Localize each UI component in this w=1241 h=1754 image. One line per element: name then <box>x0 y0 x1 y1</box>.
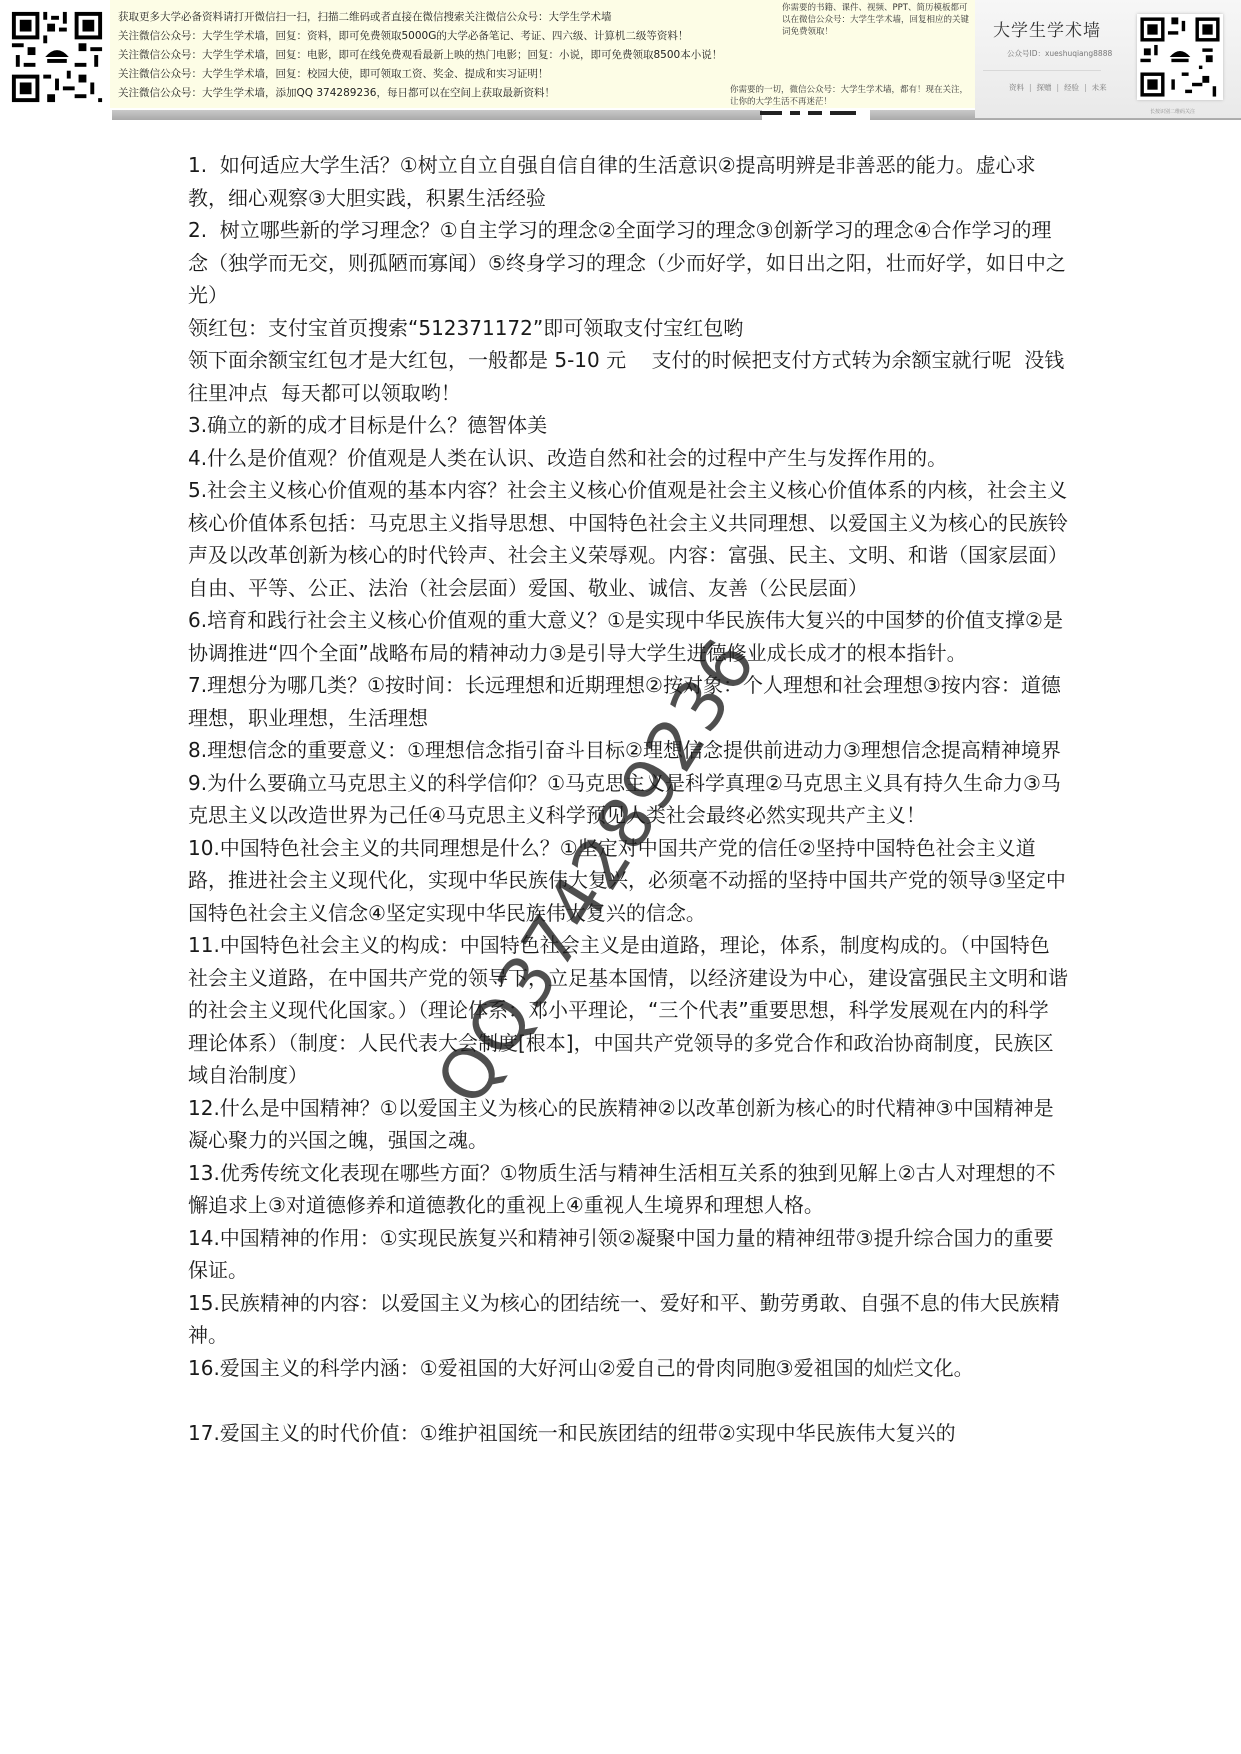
qr-code-icon[interactable] <box>8 8 106 106</box>
banner-line: 关注微信公众号：大学生学术墙，添加QQ 374289236，每日都可以在空间上获… <box>118 84 778 103</box>
qr-caption: 长按识别二维码关注 <box>1150 108 1195 115</box>
paragraph: 4.什么是价值观？价值观是人类在认识、改造自然和社会的过程中产生与发挥作用的。 <box>188 442 1068 475</box>
banner-line: 关注微信公众号：大学生学术墙，回复：校园大使，即可领取工资、奖金、提成和实习证明… <box>118 65 778 84</box>
paragraph: 8.理想信念的重要意义：①理想信念指引奋斗目标②理想信念提供前进动力③理想信念提… <box>188 734 1068 767</box>
paragraph: 3.确立的新的成才目标是什么？德智体美 <box>188 409 1068 442</box>
paragraph: 17.爱国主义的时代价值：①维护祖国统一和民族团结的纽带②实现中华民族伟大复兴的 <box>188 1417 1068 1450</box>
qr-code-icon[interactable] <box>1137 14 1223 100</box>
paragraph: 13.优秀传统文化表现在哪些方面？①物质生活与精神生活相互关系的独到见解上②古人… <box>188 1157 1068 1222</box>
promo-banner: 获取更多大学必备资料请打开微信扫一扫，扫描二维码或者直接在微信搜索关注微信公众号… <box>0 0 1241 122</box>
paragraph: 领红包：支付宝首页搜索“512371172”即可领取支付宝红包哟 <box>188 312 1068 345</box>
paragraph: 9.为什么要确立马克思主义的科学信仰？①马克思主义是科学真理②马克思主义具有持久… <box>188 767 1068 832</box>
account-id: 公众号ID：xueshuqiang8888 <box>1007 48 1112 59</box>
paragraph: 6.培育和践行社会主义核心价值观的重大意义？①是实现中华民族伟大复兴的中国梦的价… <box>188 604 1068 669</box>
link-separator: | <box>1084 83 1087 92</box>
banner-line: 获取更多大学必备资料请打开微信扫一扫，扫描二维码或者直接在微信搜索关注微信公众号… <box>118 8 778 27</box>
card-link-materials[interactable]: 资料 <box>1009 83 1024 92</box>
paragraph: 14.中国精神的作用：①实现民族复兴和精神引领②凝聚中国力量的精神纽带③提升综合… <box>188 1222 1068 1287</box>
link-separator: | <box>1057 83 1060 92</box>
banner-line: 关注微信公众号：大学生学术墙，回复：电影，即可在线免费观看最新上映的热门电影；回… <box>118 46 778 65</box>
paragraph: 10.中国特色社会主义的共同理想是什么？①坚定对中国共产党的信任②坚持中国特色社… <box>188 832 1068 930</box>
paragraph: 1. 如何适应大学生活？①树立自立自强自信自律的生活意识②提高明辨是非善恶的能力… <box>188 149 1068 214</box>
promo-text-bottom: 你需要的一切，微信公众号：大学生学术墙，都有！现在关注，让你的大学生活不再迷茫！ <box>730 84 975 108</box>
decorative-bar <box>760 108 870 118</box>
account-name: 大学生学术墙 <box>993 16 1101 41</box>
paragraph: 2. 树立哪些新的学习理念？①自主学习的理念②全面学习的理念③创新学习的理念④合… <box>188 214 1068 312</box>
paragraph: 15.民族精神的内容：以爱国主义为核心的团结统一、爱好和平、勤劳勇敢、自强不息的… <box>188 1287 1068 1352</box>
document-body: 1. 如何适应大学生活？①树立自立自强自信自律的生活意识②提高明辨是非善恶的能力… <box>188 149 1068 1449</box>
paragraph: 16.爱国主义的科学内涵：①爱祖国的大好河山②爱自己的骨肉同胞③爱祖国的灿烂文化… <box>188 1352 1068 1385</box>
link-separator: | <box>1029 83 1032 92</box>
card-link-gifts[interactable]: 探赠 <box>1037 83 1052 92</box>
paragraph: 11.中国特色社会主义的构成：中国特色社会主义是由道路，理论，体系，制度构成的。… <box>188 929 1068 1092</box>
promo-text-top: 你需要的书籍、课件、视频、PPT、简历模板都可以在微信公众号：大学生学术墙，回复… <box>782 2 972 38</box>
banner-line: 关注微信公众号：大学生学术墙，回复：资料，即可免费领取5000G的大学必备笔记、… <box>118 27 778 46</box>
card-divider <box>983 70 1101 71</box>
paragraph: 领下面余额宝红包才是大红包，一般都是 5-10 元 支付的时候把支付方式转为余额… <box>188 344 1068 409</box>
banner-divider <box>112 110 762 120</box>
paragraph: 7.理想分为哪几类？①按时间：长远理想和近期理想②按对象：个人理想和社会理想③按… <box>188 669 1068 734</box>
card-link-future[interactable]: 未来 <box>1092 83 1107 92</box>
banner-text: 获取更多大学必备资料请打开微信扫一扫，扫描二维码或者直接在微信搜索关注微信公众号… <box>118 8 778 103</box>
card-links: 资料|探赠|经验|未来 <box>1009 82 1107 93</box>
paragraph: 12.什么是中国精神？①以爱国主义为核心的民族精神②以改革创新为核心的时代精神③… <box>188 1092 1068 1157</box>
paragraph: 5.社会主义核心价值观的基本内容？社会主义核心价值观是社会主义核心价值体系的内核… <box>188 474 1068 604</box>
card-link-experience[interactable]: 经验 <box>1064 83 1079 92</box>
